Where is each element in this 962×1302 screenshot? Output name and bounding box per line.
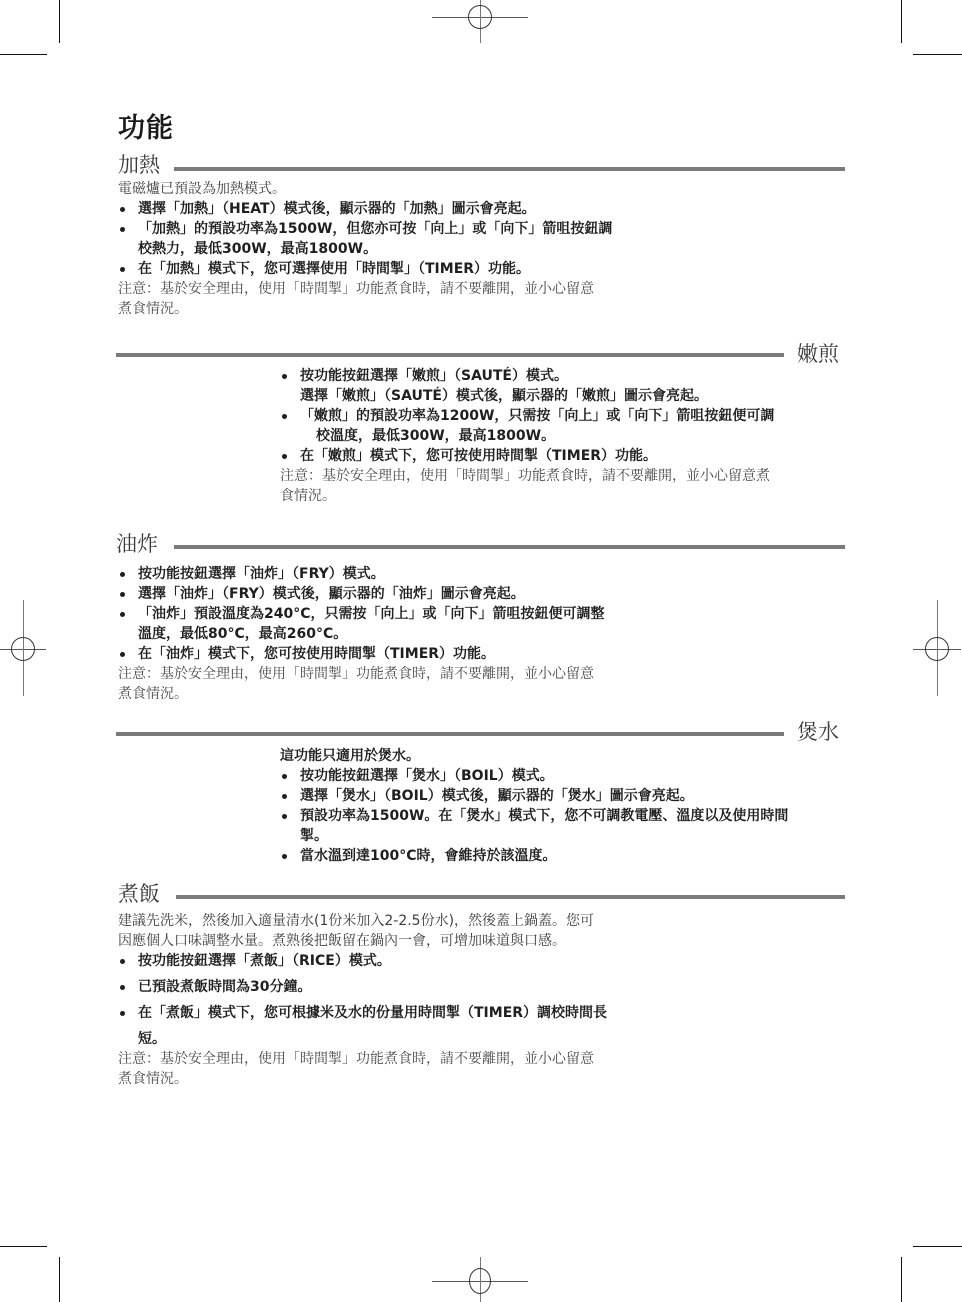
bullet-icon xyxy=(120,592,125,597)
list-item: 按功能按鈕選擇「煮飯」（RICE）模式。 xyxy=(118,951,678,971)
bullet-icon xyxy=(120,985,125,990)
safety-note: 注意：基於安全理由，使用「時間掣」功能煮食時，請不要離開，並小心留意 xyxy=(118,1049,678,1069)
crop-mark-bottom-right-v xyxy=(901,1257,902,1302)
bullet-icon xyxy=(282,794,287,799)
section-rule-rice xyxy=(176,895,845,899)
bullet-icon xyxy=(282,774,287,779)
section-heading-boil: 煲水 xyxy=(797,720,839,744)
safety-note-cont: 煮食情況。 xyxy=(118,1069,678,1089)
section-body-heat: 電磁爐已預設為加熱模式。 選擇「加熱」（HEAT）模式後，顯示器的「加熱」圖示會… xyxy=(118,179,678,319)
bullet-icon xyxy=(120,227,125,232)
crop-mark-top-right-v xyxy=(901,0,902,43)
list-item: 在「油炸」模式下，您可按使用時間掣（TIMER）功能。 xyxy=(118,644,678,664)
safety-note-cont: 煮食情況。 xyxy=(118,299,678,319)
bullet-icon xyxy=(120,207,125,212)
list-item-continuation: 掣。 xyxy=(280,826,850,846)
page-title: 功能 xyxy=(118,106,174,145)
list-item-continuation: 選擇「嫩煎」（SAUTÉ）模式後，顯示器的「嫩煎」圖示會亮起。 xyxy=(280,386,850,406)
section-rule-saute xyxy=(116,353,784,357)
list-item: 選擇「加熱」（HEAT）模式後，顯示器的「加熱」圖示會亮起。 xyxy=(118,199,678,219)
list-item-continuation: 校溫度，最低300W，最高1800W。 xyxy=(280,426,850,446)
list-item: 當水溫到達100°C時，會維持於該溫度。 xyxy=(280,846,850,866)
section-rule-heat xyxy=(174,167,845,171)
list-item: 「加熱」的預設功率為1500W，但您亦可按「向上」或「向下」箭咀按鈕調 xyxy=(118,219,678,239)
registration-mark-right xyxy=(912,600,962,696)
registration-mark-left xyxy=(0,600,48,696)
registration-mark-top xyxy=(432,0,528,44)
bullet-icon xyxy=(120,572,125,577)
crop-mark-top-left-h xyxy=(0,54,47,55)
safety-note: 注意：基於安全理由，使用「時間掣」功能煮食時，請不要離開，並小心留意 xyxy=(118,279,678,299)
section-body-boil: 這功能只適用於煲水。 按功能按鈕選擇「煲水」（BOIL）模式。 選擇「煲水」（B… xyxy=(280,746,850,866)
section-body-saute: 按功能按鈕選擇「嫩煎」（SAUTÉ）模式。 選擇「嫩煎」（SAUTÉ）模式後，顯… xyxy=(280,366,850,506)
list-item-continuation: 短。 xyxy=(118,1029,678,1049)
list-item-continuation: 溫度，最低80°C，最高260°C。 xyxy=(118,624,678,644)
list-item: 在「加熱」模式下，您可選擇使用「時間掣」（TIMER）功能。 xyxy=(118,259,678,279)
section-body-rice: 建議先洗米，然後加入適量清水(1份米加入2-2.5份水)，然後蓋上鍋蓋。您可 因… xyxy=(118,911,678,1089)
bullet-icon xyxy=(120,612,125,617)
bullet-icon xyxy=(120,652,125,657)
section-heading-heat: 加熱 xyxy=(118,153,160,177)
intro-text: 建議先洗米，然後加入適量清水(1份米加入2-2.5份水)，然後蓋上鍋蓋。您可 xyxy=(118,911,678,931)
list-item: 「油炸」預設溫度為240°C，只需按「向上」或「向下」箭咀按鈕便可調整 xyxy=(118,604,678,624)
list-item: 按功能按鈕選擇「嫩煎」（SAUTÉ）模式。 xyxy=(280,366,850,386)
list-item: 選擇「油炸」（FRY）模式後，顯示器的「油炸」圖示會亮起。 xyxy=(118,584,678,604)
list-item: 按功能按鈕選擇「煲水」（BOIL）模式。 xyxy=(280,766,850,786)
list-item: 「嫩煎」的預設功率為1200W，只需按「向上」或「向下」箭咀按鈕便可調 xyxy=(280,406,850,426)
list-item-continuation: 校熱力，最低300W，最高1800W。 xyxy=(118,239,678,259)
bullet-icon xyxy=(282,414,287,419)
list-item: 按功能按鈕選擇「油炸」（FRY）模式。 xyxy=(118,564,678,584)
section-heading-rice: 煮飯 xyxy=(118,882,160,906)
list-item: 預設功率為1500W。在「煲水」模式下，您不可調教電壓、溫度以及使用時間 xyxy=(280,806,850,826)
crop-mark-bottom-left-h xyxy=(0,1246,47,1247)
safety-note-cont: 煮食情況。 xyxy=(118,684,678,704)
bullet-icon xyxy=(120,959,125,964)
list-item: 已預設煮飯時間為30分鐘。 xyxy=(118,977,678,997)
crop-mark-bottom-right-h xyxy=(913,1246,962,1247)
bullet-icon xyxy=(282,454,287,459)
bullet-icon xyxy=(282,374,287,379)
list-item: 選擇「煲水」（BOIL）模式後，顯示器的「煲水」圖示會亮起。 xyxy=(280,786,850,806)
crop-mark-bottom-left-v xyxy=(59,1257,60,1302)
bullet-icon xyxy=(120,1011,125,1016)
registration-mark-bottom xyxy=(432,1257,528,1302)
section-heading-saute: 嫩煎 xyxy=(797,342,839,366)
safety-note: 注意：基於安全理由，使用「時間掣」功能煮食時，請不要離開，並小心留意 xyxy=(118,664,678,684)
section-heading-fry: 油炸 xyxy=(116,532,158,556)
safety-note: 注意：基於安全理由，使用「時間掣」功能煮食時，請不要離開，並小心留意煮 xyxy=(280,466,850,486)
list-item: 在「煮飯」模式下，您可根據米及水的份量用時間掣（TIMER）調校時間長 xyxy=(118,1003,678,1023)
bullet-icon xyxy=(120,267,125,272)
safety-note-cont: 食情況。 xyxy=(280,486,850,506)
intro-text: 電磁爐已預設為加熱模式。 xyxy=(118,179,678,199)
list-item: 在「嫩煎」模式下，您可按使用時間掣（TIMER）功能。 xyxy=(280,446,850,466)
crop-mark-top-right-h xyxy=(913,54,962,55)
section-rule-boil xyxy=(116,732,784,736)
intro-text-cont: 因應個人口味調整水量。煮熟後把飯留在鍋內一會，可增加味道與口感。 xyxy=(118,931,678,951)
intro-text: 這功能只適用於煲水。 xyxy=(280,746,850,766)
crop-mark-top-left-v xyxy=(59,0,60,43)
section-rule-fry xyxy=(174,545,845,549)
bullet-icon xyxy=(282,814,287,819)
bullet-icon xyxy=(282,854,287,859)
section-body-fry: 按功能按鈕選擇「油炸」（FRY）模式。 選擇「油炸」（FRY）模式後，顯示器的「… xyxy=(118,564,678,704)
